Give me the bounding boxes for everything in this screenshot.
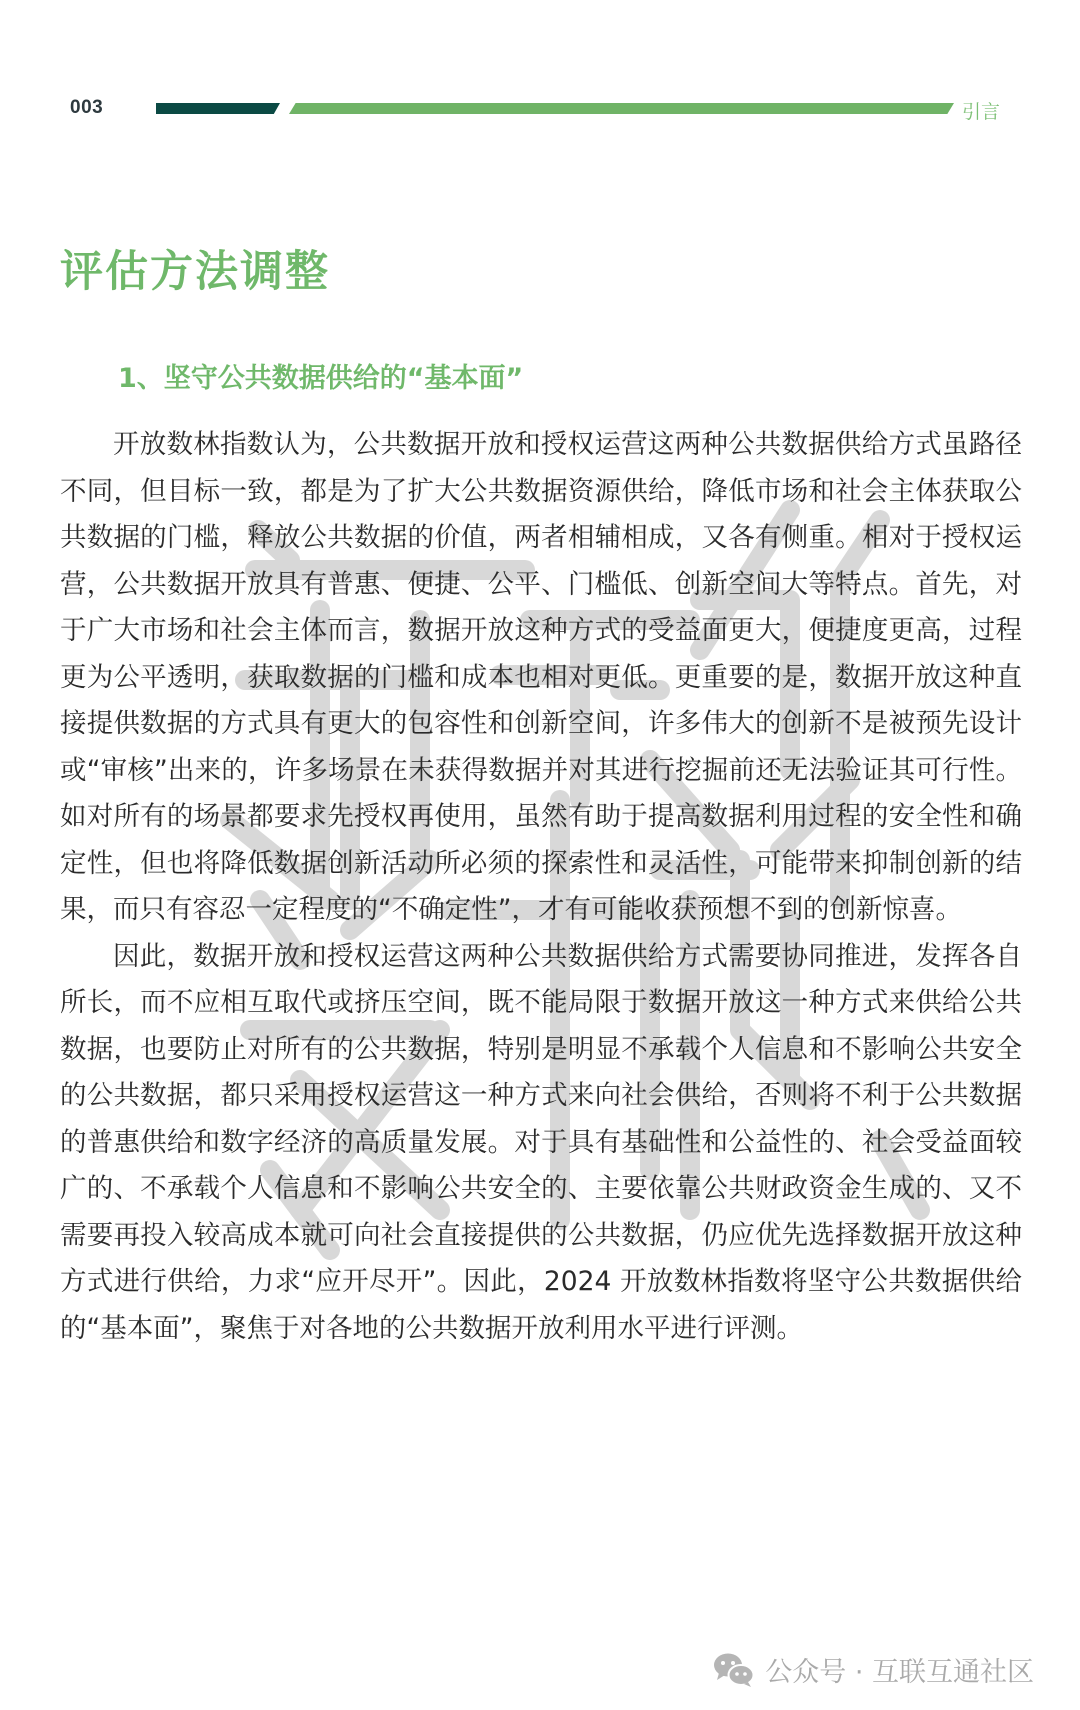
page-header: 003 引言 xyxy=(0,0,1080,140)
footer-label: 公众号 · 互联互通社区 xyxy=(765,1650,1034,1689)
wechat-icon xyxy=(713,1652,755,1688)
page-number: 003 xyxy=(70,97,103,119)
section-tag: 引言 xyxy=(962,97,1000,124)
header-bar-green xyxy=(289,103,954,114)
footer-attribution: 公众号 · 互联互通社区 xyxy=(713,1650,1034,1689)
header-bar-dark xyxy=(156,103,280,114)
paragraph: 因此，数据开放和授权运营这两种公共数据供给方式需要协同推进，发挥各自所长，而不应… xyxy=(60,934,1022,1353)
section-subtitle: 1、坚守公共数据供给的“基本面” xyxy=(118,356,523,395)
page-title: 评估方法调整 xyxy=(60,238,330,299)
paragraph: 开放数林指数认为，公共数据开放和授权运营这两种公共数据供给方式虽路径不同，但目标… xyxy=(60,422,1022,934)
body-text: 开放数林指数认为，公共数据开放和授权运营这两种公共数据供给方式虽路径不同，但目标… xyxy=(60,422,1022,1352)
